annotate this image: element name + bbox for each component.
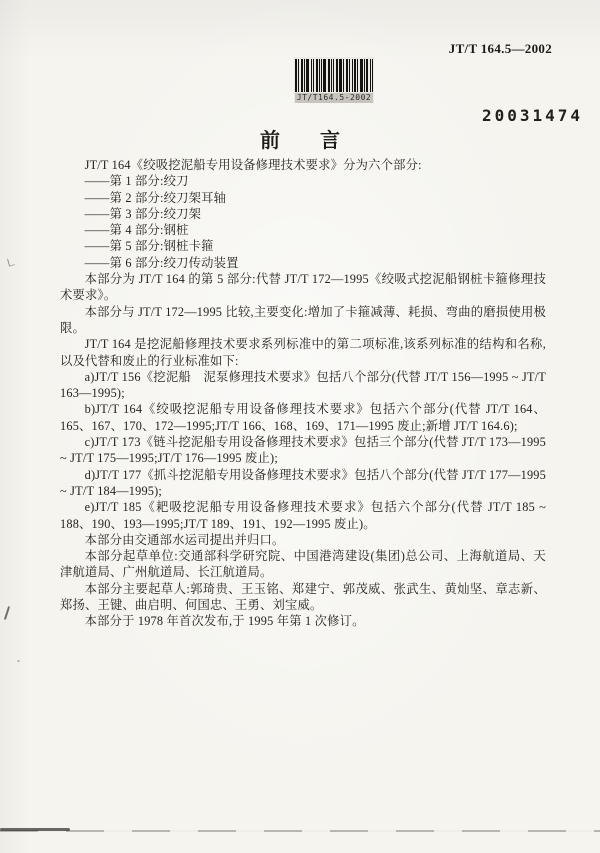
part-list-item-6: ——第 6 部分:绞刀传动装置: [60, 255, 546, 271]
part-list-item-4: ——第 4 部分:钢桩: [60, 222, 546, 238]
part-list-item-5: ——第 5 部分:钢桩卡箍: [60, 238, 546, 254]
standard-code-header: JT/T 164.5—2002: [449, 41, 552, 57]
part-list-item-2: ——第 2 部分:绞刀架耳轴: [60, 190, 546, 206]
paragraph-replacement: 本部分为 JT/T 164 的第 5 部分:代替 JT/T 172—1995《绞…: [60, 271, 546, 304]
paragraph-drafters: 本部分主要起草人:郭琦贵、王玉铭、郑建宁、郭茂威、张武生、黄灿坚、章志新、郑扬、…: [60, 581, 546, 614]
series-item-e: e)JT/T 185《耙吸挖泥船专用设备修理技术要求》包括六个部分(代替 JT/…: [60, 499, 546, 532]
part-list-item-1: ——第 1 部分:绞刀: [60, 173, 546, 189]
series-item-d: d)JT/T 177《抓斗挖泥船专用设备修理技术要求》包括八个部分(代替 JT/…: [60, 467, 546, 500]
scanned-document-page: JT/T 164.5—2002 JT/T164.5-2002 20031474 …: [0, 0, 600, 853]
scan-slash-artifact: [4, 606, 10, 620]
scan-speck: [7, 257, 15, 266]
scan-speck: [17, 660, 20, 662]
barcode-bars: [295, 59, 373, 92]
barcode: JT/T164.5-2002: [294, 57, 374, 103]
scan-edge-line-dark: [0, 828, 70, 831]
foreword-body: JT/T 164《绞吸挖泥船专用设备修理技术要求》分为六个部分: ——第 1 部…: [60, 157, 546, 630]
scan-speck: [112, 315, 114, 317]
scan-edge-line: [0, 830, 600, 832]
series-item-b: b)JT/T 164《绞吸挖泥船专用设备修理技术要求》包括六个部分(代替 JT/…: [60, 401, 546, 434]
paragraph-issuer: 本部分由交通部水运司提出并归口。: [60, 532, 546, 548]
registration-stamp-number: 20031474: [482, 106, 583, 125]
page-title: 前 言: [0, 124, 600, 153]
paragraph-drafting-units: 本部分起草单位:交通部科学研究院、中国港湾建设(集团)总公司、上海航道局、天津航…: [60, 548, 546, 581]
paragraph-series-intro: JT/T 164 是挖泥船修理技术要求系列标准中的第二项标准,该系列标准的结构和…: [60, 336, 546, 369]
paragraph-history: 本部分于 1978 年首次发布,于 1995 年第 1 次修订。: [60, 613, 546, 629]
barcode-label: JT/T164.5-2002: [295, 93, 373, 103]
part-list-item-3: ——第 3 部分:绞刀架: [60, 206, 546, 222]
paragraph-intro: JT/T 164《绞吸挖泥船专用设备修理技术要求》分为六个部分:: [60, 157, 546, 173]
paragraph-changes: 本部分与 JT/T 172—1995 比较,主要变化:增加了卡箍减薄、耗损、弯曲…: [60, 304, 546, 337]
series-item-a: a)JT/T 156《挖泥船 泥泵修理技术要求》包括八个部分(代替 JT/T 1…: [60, 369, 546, 402]
series-item-c: c)JT/T 173《链斗挖泥船专用设备修理技术要求》包括三个部分(代替 JT/…: [60, 434, 546, 467]
